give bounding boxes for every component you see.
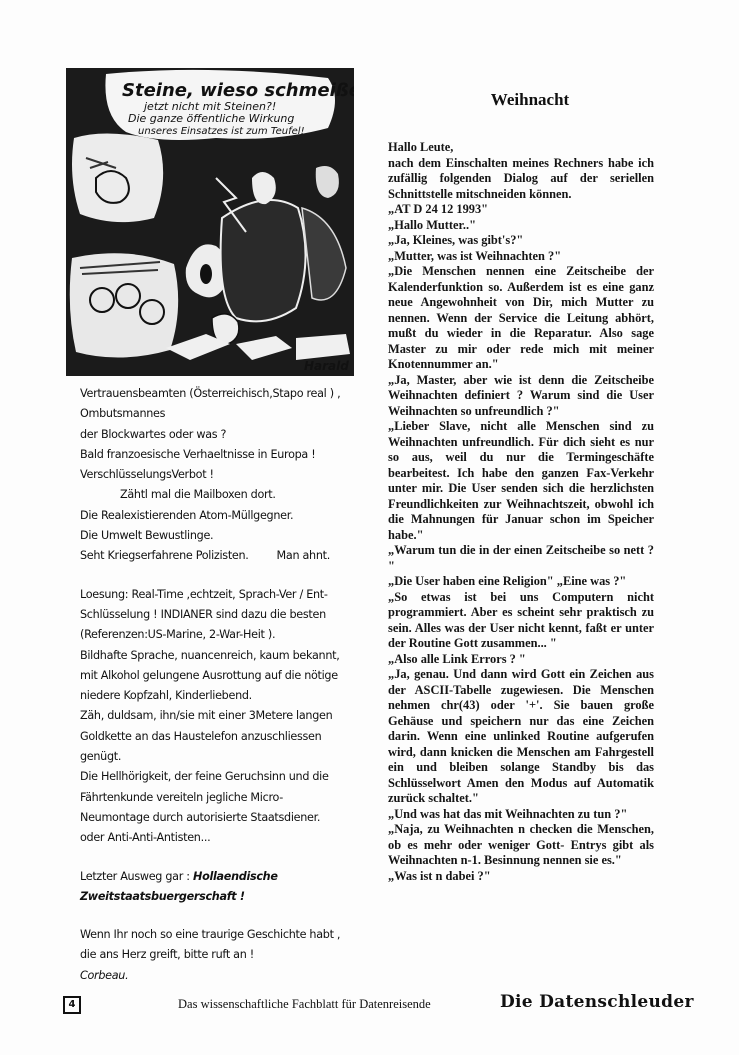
speech-line-4: unseres Einsatzes ist zum Teufel! [138,126,305,137]
article-paragraph: „Ja, Master, aber wie ist denn die Zeits… [388,373,654,420]
page-footer: 4 Das wissenschaftliche Fachblatt für Da… [0,988,739,1018]
text-line: genügt. [80,747,380,767]
article-paragraph: Hallo Leute, [388,140,654,156]
text-line: Zäh, duldsam, ihn/sie mit einer 3Metere … [80,706,380,726]
article-paragraph: „Lieber Slave, nicht alle Menschen sind … [388,419,654,543]
text-line: oder Anti-Anti-Antisten... [80,828,380,848]
text-line: Loesung: Real-Time ,echtzeit, Sprach-Ver… [80,585,380,605]
article-body: Hallo Leute, nach dem Einschalten meines… [388,140,654,884]
masthead-logo: Die Datenschleuder [500,992,694,1012]
article-paragraph: „Hallo Mutter.." [388,218,654,234]
article-paragraph: „Und was hat das mit Weihnachten zu tun … [388,807,654,823]
text-line: Die Realexistierenden Atom-Müllgegner. [80,506,380,526]
text-line: der Blockwartes oder was ? [80,425,380,445]
text-line: Zähtl mal die Mailboxen dort. [80,485,380,505]
speech-line-3: Die ganze öffentliche Wirkung [128,112,294,125]
text-fragment: Letzter Ausweg gar : [80,870,193,883]
text-line: Fährtenkunde vereiteln jegliche Micro- [80,788,380,808]
text-line: die ans Herz greift, bitte ruft an ! [80,945,380,965]
text-fragment: Man ahnt. [277,546,330,566]
text-line: niedere Kopfzahl, Kinderliebend. [80,686,380,706]
article-paragraph: „Also alle Link Errors ? " [388,652,654,668]
text-line: VerschlüsselungsVerbot ! [80,465,380,485]
article-paragraph: „AT D 24 12 1993" [388,202,654,218]
article-paragraph: „Die User haben eine Religion" „Eine was… [388,574,654,590]
page-number: 4 [63,996,81,1014]
emphasis-line: Zweitstaatsbuergerschaft ! [80,887,380,907]
text-line: Goldkette an das Haustelefon anzuschlies… [80,727,380,747]
text-line: Bald franzoesische Verhaeltnisse in Euro… [80,445,380,465]
text-line: (Referenzen:US-Marine, 2-War-Heit ). [80,625,380,645]
spacer [80,567,380,585]
article-paragraph: „Ja, genau. Und dann wird Gott ein Zeich… [388,667,654,807]
text-line: Bildhafte Sprache, nuancenreich, kaum be… [80,646,380,666]
article-paragraph: „Ja, Kleines, was gibt's?" [388,233,654,249]
text-fragment: Seht Kriegserfahrene Polizisten. [80,549,249,562]
emphasis-text: Hollaendische [193,870,278,883]
left-column-text: Vertrauensbeamten (Österreichisch,Stapo … [80,384,380,986]
footer-tagline: Das wissenschaftliche Fachblatt für Date… [178,997,431,1012]
article-paragraph: „Naja, zu Weihnachten n checken die Mens… [388,822,654,869]
magazine-page: Steine, wieso schmeißen die jetzt nicht … [0,0,739,1055]
spacer [80,849,380,867]
text-line: Seht Kriegserfahrene Polizisten.Man ahnt… [80,546,380,566]
text-line: Neumontage durch autorisierte Staatsdien… [80,808,380,828]
article-paragraph: nach dem Einschalten meines Rechners hab… [388,156,654,203]
article-paragraph: „Mutter, was ist Weihnachten ?" [388,249,654,265]
artist-signature: Harald [304,359,349,373]
cartoon-drawing: Steine, wieso schmeißen die jetzt nicht … [66,68,354,376]
spacer [80,907,380,925]
article-paragraph: „Warum tun die in der einen Zeitscheibe … [388,543,654,574]
text-line: Letzter Ausweg gar : Hollaendische [80,867,380,887]
text-line: Die Hellhörigkeit, der feine Geruchsinn … [80,767,380,787]
article-paragraph: „So etwas ist bei uns Computern nicht pr… [388,590,654,652]
text-line: Ombutsmannes [80,404,380,424]
text-line: Die Umwelt Bewustlinge. [80,526,380,546]
text-line: Wenn Ihr noch so eine traurige Geschicht… [80,925,380,945]
text-line: mit Alkohol gelungene Ausrottung auf die… [80,666,380,686]
article-title: Weihnacht [380,90,680,110]
speech-line-1: Steine, wieso schmeißen die [122,80,354,101]
author-signature: Corbeau. [80,966,380,986]
text-line: Vertrauensbeamten (Österreichisch,Stapo … [80,384,380,404]
article-paragraph: „Die Menschen nennen eine Zeitscheibe de… [388,264,654,373]
cartoon-illustration: Steine, wieso schmeißen die jetzt nicht … [66,68,354,376]
article-paragraph: „Was ist n dabei ?" [388,869,654,885]
text-line: Schlüsselung ! INDIANER sind dazu die be… [80,605,380,625]
